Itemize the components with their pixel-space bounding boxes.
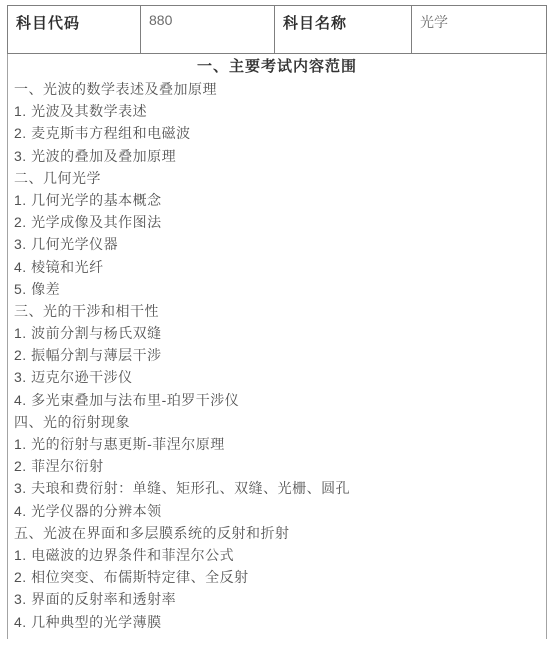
subject-name-value: 光学	[412, 6, 547, 54]
content-line: 5. 像差	[14, 278, 540, 300]
content-line: 3. 迈克尔逊干涉仪	[14, 366, 540, 388]
subject-name-label: 科目名称	[275, 6, 412, 54]
content-line: 2. 麦克斯韦方程组和电磁波	[14, 122, 540, 144]
content-line: 五、光波在界面和多层膜系统的反射和折射	[14, 522, 540, 544]
subject-code-label: 科目代码	[8, 6, 141, 54]
content-line: 2. 相位突变、布儒斯特定律、全反射	[14, 566, 540, 588]
content-line: 3. 夫琅和费衍射：单缝、矩形孔、双缝、光栅、圆孔	[14, 477, 540, 499]
section-title: 一、主要考试内容范围	[14, 56, 540, 78]
content-line: 4. 光学仪器的分辨本领	[14, 500, 540, 522]
content-line: 1. 光的衍射与惠更斯-菲涅尔原理	[14, 433, 540, 455]
subject-header-row: 科目代码 880 科目名称 光学	[8, 6, 547, 54]
content-line: 三、光的干涉和相干性	[14, 300, 540, 322]
content-line: 3. 几何光学仪器	[14, 233, 540, 255]
content-row: 一、主要考试内容范围 一、光波的数学表述及叠加原理 1. 光波及其数学表述 2.…	[8, 54, 547, 639]
document-page: 科目代码 880 科目名称 光学 一、主要考试内容范围 一、光波的数学表述及叠加…	[0, 0, 554, 645]
content-line: 四、光的衍射现象	[14, 411, 540, 433]
content-line: 2. 振幅分割与薄层干涉	[14, 344, 540, 366]
content-line: 2. 菲涅尔衍射	[14, 455, 540, 477]
content-line: 4. 几种典型的光学薄膜	[14, 611, 540, 633]
content-line: 4. 棱镜和光纤	[14, 256, 540, 278]
content-line: 1. 几何光学的基本概念	[14, 189, 540, 211]
content-line: 1. 波前分割与杨氏双缝	[14, 322, 540, 344]
content-line: 二、几何光学	[14, 167, 540, 189]
syllabus-table: 科目代码 880 科目名称 光学 一、主要考试内容范围 一、光波的数学表述及叠加…	[7, 5, 547, 639]
subject-code-value: 880	[141, 6, 275, 54]
content-line: 1. 光波及其数学表述	[14, 100, 540, 122]
content-line: 2. 光学成像及其作图法	[14, 211, 540, 233]
content-line: 一、光波的数学表述及叠加原理	[14, 78, 540, 100]
content-lines: 一、光波的数学表述及叠加原理 1. 光波及其数学表述 2. 麦克斯韦方程组和电磁…	[14, 78, 540, 633]
content-cell: 一、主要考试内容范围 一、光波的数学表述及叠加原理 1. 光波及其数学表述 2.…	[8, 54, 547, 639]
content-line: 3. 界面的反射率和透射率	[14, 588, 540, 610]
content-line: 4. 多光束叠加与法布里-珀罗干涉仪	[14, 389, 540, 411]
content-line: 1. 电磁波的边界条件和菲涅尔公式	[14, 544, 540, 566]
content-line: 3. 光波的叠加及叠加原理	[14, 145, 540, 167]
